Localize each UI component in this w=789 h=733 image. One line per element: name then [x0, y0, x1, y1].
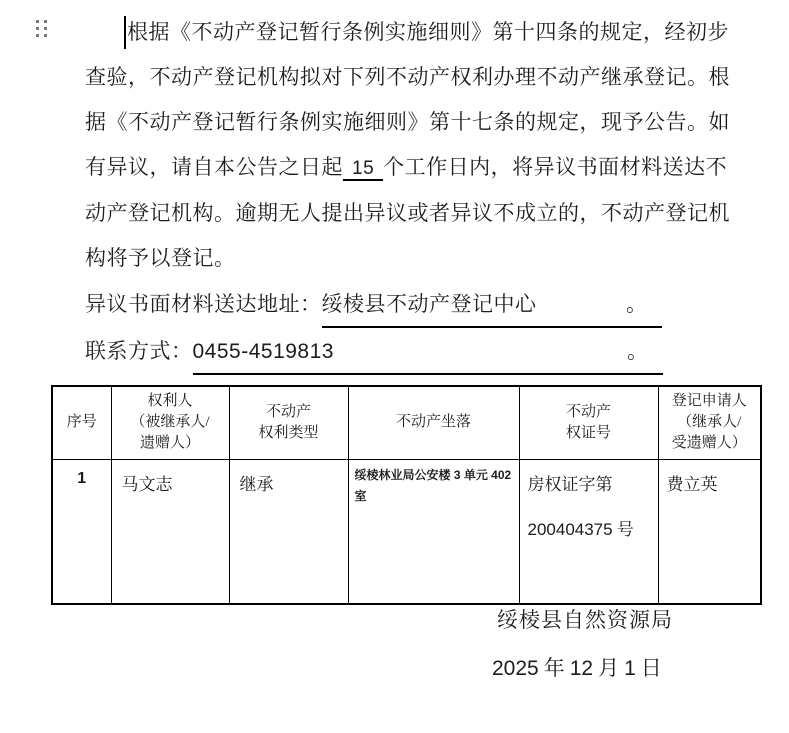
cell-right-type[interactable]: 继承	[229, 459, 348, 604]
header-rights-holder[interactable]: 权利人 （被继承人/ 遗赠人）	[111, 386, 229, 459]
date-day-label: 日	[641, 656, 662, 680]
notice-line-6[interactable]: 构将予以登记。	[85, 236, 701, 281]
address-line[interactable]: 异议书面材料送达地址： 绥棱县不动产登记中心 。	[85, 281, 662, 328]
fill-in-section: 异议书面材料送达地址： 绥棱县不动产登记中心 。 联系方式： 0455-4519…	[85, 281, 663, 375]
cell-rights-holder[interactable]: 马文志	[111, 459, 229, 604]
cell-applicant[interactable]: 费立英	[658, 459, 761, 604]
issue-date[interactable]: 2025年12月1日	[492, 653, 662, 684]
table-row: 1 马文志 继承 绥棱林业局公安楼 3 单元 402 室 房权证字第 20040…	[52, 459, 761, 604]
drag-handle-icon[interactable]	[36, 20, 48, 37]
handle-dot	[36, 27, 39, 30]
notice-line-4-pre: 有异议，请自本公告之日起	[85, 155, 343, 179]
notice-line-1[interactable]: 根据《不动产登记暂行条例实施细则》第十四条的规定，经初步	[85, 10, 701, 55]
date-day: 1	[624, 657, 636, 680]
cert-suffix: 号	[617, 520, 634, 539]
cell-seq[interactable]: 1	[52, 459, 111, 604]
registration-table-wrapper: 序号 权利人 （被继承人/ 遗赠人） 不动产 权利类型 不动产坐落 不动产 权证…	[51, 385, 762, 605]
document-page: 根据《不动产登记暂行条例实施细则》第十四条的规定，经初步 查验，不动产登记机构拟…	[0, 0, 789, 733]
address-label: 异议书面材料送达地址：	[85, 281, 322, 328]
notice-line-4-post: 个工作日内，将异议书面材料送达不	[383, 155, 727, 179]
handle-dot	[36, 34, 39, 37]
handle-dot	[44, 27, 47, 30]
cert-prefix: 房权证字第	[528, 462, 656, 507]
date-year-label: 年	[544, 656, 565, 680]
issuer-name[interactable]: 绥棱县自然资源局	[497, 605, 673, 635]
notice-line-3[interactable]: 据《不动产登记暂行条例实施细则》第十七条的规定，现予公告。如	[85, 100, 701, 145]
table-header-row: 序号 权利人 （被继承人/ 遗赠人） 不动产 权利类型 不动产坐落 不动产 权证…	[52, 386, 761, 459]
contact-line[interactable]: 联系方式： 0455-4519813 。	[85, 328, 663, 375]
contact-period: 。	[627, 328, 648, 373]
address-period: 。	[626, 281, 647, 326]
date-month-label: 月	[598, 656, 619, 680]
notice-line-4[interactable]: 有异议，请自本公告之日起15个工作日内，将异议书面材料送达不	[85, 145, 701, 191]
cell-cert-number[interactable]: 房权证字第 200404375 号	[519, 459, 658, 604]
address-underline[interactable]: 绥棱县不动产登记中心 。	[322, 281, 663, 328]
handle-dot	[44, 34, 47, 37]
header-cert-number[interactable]: 不动产 权证号	[519, 386, 658, 459]
registration-table[interactable]: 序号 权利人 （被继承人/ 遗赠人） 不动产 权利类型 不动产坐落 不动产 权证…	[51, 385, 762, 605]
objection-days-value[interactable]: 15	[343, 158, 383, 181]
contact-phone-value[interactable]: 0455-4519813	[193, 328, 334, 373]
date-year: 2025	[492, 657, 539, 680]
notice-line-5[interactable]: 动产登记机构。逾期无人提出异议或者异议不成立的，不动产登记机	[85, 191, 701, 236]
contact-label: 联系方式：	[85, 328, 193, 375]
contact-underline[interactable]: 0455-4519813 。	[193, 328, 664, 375]
address-value[interactable]: 绥棱县不动产登记中心	[322, 281, 537, 326]
cert-number: 200404375	[528, 520, 613, 539]
notice-line-2[interactable]: 查验，不动产登记机构拟对下列不动产权利办理不动产继承登记。根	[85, 55, 701, 100]
header-applicant[interactable]: 登记申请人 （继承人/ 受遗赠人）	[658, 386, 761, 459]
handle-dot	[44, 20, 47, 23]
cert-number-line: 200404375 号	[528, 507, 656, 552]
header-property-location[interactable]: 不动产坐落	[348, 386, 519, 459]
cell-property-location[interactable]: 绥棱林业局公安楼 3 单元 402 室	[348, 459, 519, 604]
handle-dot	[36, 20, 39, 23]
header-right-type[interactable]: 不动产 权利类型	[229, 386, 348, 459]
header-seq[interactable]: 序号	[52, 386, 111, 459]
date-month: 12	[570, 657, 593, 680]
notice-paragraph[interactable]: 根据《不动产登记暂行条例实施细则》第十四条的规定，经初步 查验，不动产登记机构拟…	[85, 10, 701, 281]
